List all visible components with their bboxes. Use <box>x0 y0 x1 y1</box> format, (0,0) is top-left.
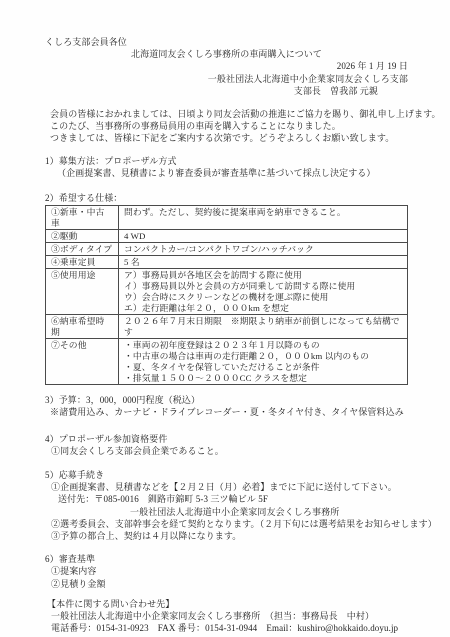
mailing-address-line: 一般社団法人北海道中小企業家同友会くしろ事務所 <box>45 506 408 518</box>
section-item: ①提案内容 <box>45 565 408 577</box>
section-item: ①企画提案書、見積書などを【２月２日（月）必着】までに下記に送付して下さい。 <box>45 481 408 493</box>
table-row: ④乗車定員 5 名 <box>46 256 408 269</box>
spec-value-line: ・夏、冬タイヤを保管していただけることが条件 <box>124 362 402 373</box>
contact-block: 【本件に関する問い合わせ先】 一般社団法人北海道中小企業家同友会くしろ事務所 （… <box>45 598 408 635</box>
contact-phone-fax-email: 電話番号：0154-31-0923 FAX 番号：0154-31-0944 Em… <box>45 622 408 634</box>
spec-table: ①新車・中古車 問わず。ただし、契約後に提案車両を納車できること。 ②駆動 4 … <box>45 205 408 385</box>
spec-value-line: 5 名 <box>124 257 402 268</box>
spec-value-line: ・排気量１５００～２０００CC クラスを想定 <box>124 373 402 384</box>
spec-value: コンパクトカー/コンパクトワゴン/ハッチバック <box>119 243 408 256</box>
spec-value-line: ２０２６年７月末日期限 ※期限より納車が前倒しになっても結構です <box>124 316 402 338</box>
contact-heading: 【本件に関する問い合わせ先】 <box>45 598 408 610</box>
section-heading: 5）応募手続き <box>45 469 408 481</box>
spec-value-line: 4 WD <box>124 231 402 242</box>
document-date: 2026 年 1 月 19 日 <box>45 60 408 72</box>
spec-value-line: ・中古車の場合は車両の走行距離２０，０００km 以内のもの <box>124 351 402 362</box>
table-row: ③ボディタイプ コンパクトカー/コンパクトワゴン/ハッチバック <box>46 243 408 256</box>
section-heading: 3）予算：3，000，000円程度（税込） <box>45 394 408 406</box>
greeting-line: 会員の皆様におかれましては、日頃より同友会活動の推進にご協力を賜り、御礼申し上げ… <box>50 108 408 120</box>
recipient: くしろ支部会員各位 <box>45 36 408 48</box>
organization-name: 一般社団法人北海道中小企業家同友会くしろ支部 <box>45 73 408 85</box>
section-note: ※諸費用込み、カーナビ・ドライブレコーダー・夏・冬タイヤ付き、タイヤ保管料込み <box>45 406 408 418</box>
spec-value-line: 問わず。ただし、契約後に提案車両を納車できること。 <box>124 207 402 218</box>
spec-label: ④乗車定員 <box>46 256 119 269</box>
table-row: ⑥納車希望時期 ２０２６年７月末日期限 ※期限より納車が前倒しになっても結構です <box>46 315 408 339</box>
section-desired-spec: 2）希望する仕様： ①新車・中古車 問わず。ただし、契約後に提案車両を納車できる… <box>45 192 408 385</box>
section-item: ②見積り金額 <box>45 578 408 590</box>
document-title: 北海道同友会くしろ事務所の車両購入について <box>45 48 408 60</box>
spec-value: ・車両の初年度登録は２０２３年１月以降のもの ・中古車の場合は車両の走行距離２０… <box>119 339 408 385</box>
spec-value: 4 WD <box>119 230 408 243</box>
spec-value: ア）事務局員が各地区会を訪問する際に使用 イ）事務局員以外と会員の方が同乗して訪… <box>119 269 408 315</box>
section-recruitment-method: 1）募集方法：プロポーザル方式 （企画提案書、見積書により審査委員が審査基準に基… <box>45 155 408 179</box>
spec-value: 5 名 <box>119 256 408 269</box>
spec-label: ⑥納車希望時期 <box>46 315 119 339</box>
spec-value-line: ア）事務局員が各地区会を訪問する際に使用 <box>124 270 402 281</box>
section-note: （企画提案書、見積書により審査委員が審査基準に基づいて採点し決定する） <box>45 167 408 179</box>
section-item: ②選考委員会、支部幹事会を経て契約となります。（２月下旬には選考結果をお知らせし… <box>45 518 408 530</box>
table-row: ⑦その他 ・車両の初年度登録は２０２３年１月以降のもの ・中古車の場合は車両の走… <box>46 339 408 385</box>
table-row: ①新車・中古車 問わず。ただし、契約後に提案車両を納車できること。 <box>46 206 408 230</box>
mailing-address-line: 送付先：〒085-0016 釧路市錦町 5-3 三ツ輪ビル 5F <box>45 493 408 505</box>
spec-value-line: エ）走行距離は年２０，０００km を想定 <box>124 303 402 314</box>
section-heading: 2）希望する仕様： <box>45 192 408 204</box>
greeting-paragraph: 会員の皆様におかれましては、日頃より同友会活動の推進にご協力を賜り、御礼申し上げ… <box>45 108 408 145</box>
greeting-line: つきましては、皆様に下記をご案内する次第です。どうぞよろしくお願い致します。 <box>50 132 408 144</box>
section-eligibility: 4）プロポーザル参加資格要件 ①同友会くしろ支部会員企業であること。 <box>45 433 408 457</box>
spec-value: 問わず。ただし、契約後に提案車両を納車できること。 <box>119 206 408 230</box>
spec-value-line: イ）事務局員以外と会員の方が同乗して訪問する際に使用 <box>124 281 402 292</box>
section-screening-criteria: 6）審査基準 ①提案内容 ②見積り金額 <box>45 553 408 590</box>
signer-name: 支部長 曽我部 元親 <box>45 85 408 97</box>
spec-label: ①新車・中古車 <box>46 206 119 230</box>
greeting-line: このたび、当事務所の事務局員用の車両を購入することになりました。 <box>50 120 408 132</box>
spec-value-line: ウ）会合時にスクリーンなどの機材を運ぶ際に使用 <box>124 292 402 303</box>
section-heading: 1）募集方法：プロポーザル方式 <box>45 155 408 167</box>
spec-value-line: ・車両の初年度登録は２０２３年１月以降のもの <box>124 340 402 351</box>
spec-label: ②駆動 <box>46 230 119 243</box>
spec-label: ③ボディタイプ <box>46 243 119 256</box>
section-application-procedure: 5）応募手続き ①企画提案書、見積書などを【２月２日（月）必着】までに下記に送付… <box>45 469 408 542</box>
document-page: くしろ支部会員各位 北海道同友会くしろ事務所の車両購入について 2026 年 1… <box>0 0 450 637</box>
section-item: ③予算の都合上、契約は４月以降になります。 <box>45 530 408 542</box>
section-budget: 3）予算：3，000，000円程度（税込） ※諸費用込み、カーナビ・ドライブレコ… <box>45 394 408 418</box>
section-item: ①同友会くしろ支部会員企業であること。 <box>45 445 408 457</box>
contact-organization: 一般社団法人北海道中小企業家同友会くしろ事務所 （担当：事務局長 中村） <box>45 610 408 622</box>
spec-label: ⑦その他 <box>46 339 119 385</box>
spec-value: ２０２６年７月末日期限 ※期限より納車が前倒しになっても結構です <box>119 315 408 339</box>
spec-value-line: コンパクトカー/コンパクトワゴン/ハッチバック <box>124 244 402 255</box>
table-row: ⑤使用用途 ア）事務局員が各地区会を訪問する際に使用 イ）事務局員以外と会員の方… <box>46 269 408 315</box>
spec-label: ⑤使用用途 <box>46 269 119 315</box>
section-heading: 6）審査基準 <box>45 553 408 565</box>
section-heading: 4）プロポーザル参加資格要件 <box>45 433 408 445</box>
table-row: ②駆動 4 WD <box>46 230 408 243</box>
